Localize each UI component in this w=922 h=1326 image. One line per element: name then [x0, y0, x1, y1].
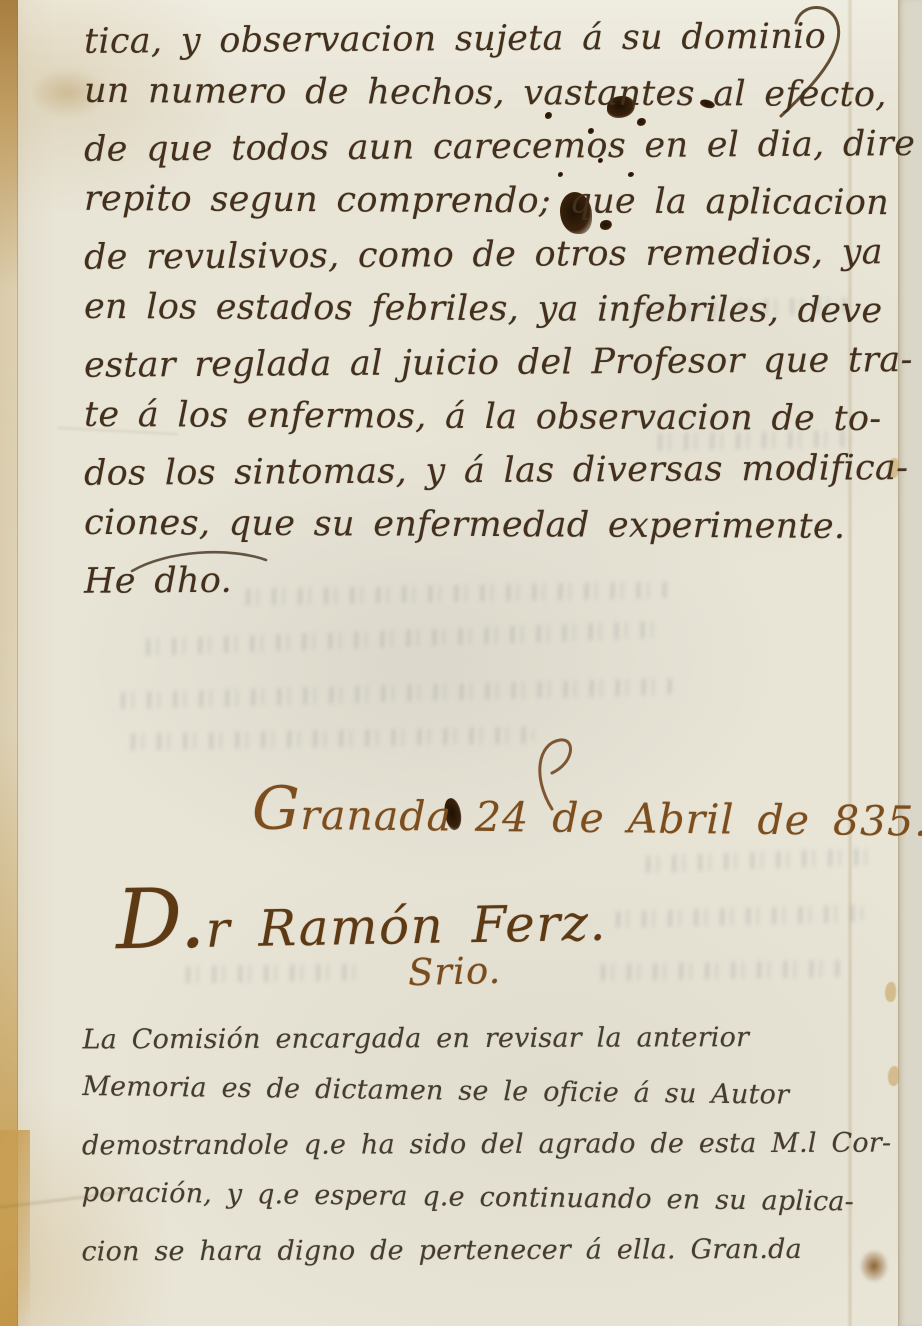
- binding-corner-bottom-left: [0, 1130, 30, 1326]
- bleedthrough-line: [140, 621, 660, 656]
- bleedthrough-line: [125, 726, 535, 750]
- body-line: un numero de hechos, vastantes al efecto…: [84, 64, 884, 122]
- note-line: La Comisión encargada en revisar la ante…: [82, 1011, 897, 1067]
- body-line: tica, y observacion sujeta á su dominio: [84, 9, 884, 69]
- bleedthrough-line: [610, 905, 865, 929]
- bleedthrough-line: [640, 848, 875, 873]
- bleedthrough-line: [115, 678, 675, 710]
- edge-tear: [885, 982, 896, 1002]
- closing-line: He dho.: [84, 549, 884, 609]
- signature: D.r Ramón Ferz.: [115, 864, 607, 969]
- body-text-block: tica, y observacion sujeta á su dominio …: [84, 12, 884, 606]
- commission-note-block: La Comisión encargada en revisar la ante…: [81, 1010, 897, 1279]
- page-right-edge: [898, 0, 922, 1326]
- note-line: demostrandole q.e ha sido del agrado de …: [82, 1117, 897, 1173]
- dateline: Granada 24 de Abril de 835.: [252, 774, 922, 850]
- body-line: repito segun comprendo; que la aplicacio…: [84, 172, 884, 230]
- manuscript-page: tica, y observacion sujeta á su dominio …: [0, 0, 922, 1326]
- note-line: cion se hara digno de pertenecer á ella.…: [81, 1223, 896, 1279]
- note-line: poración, y q.e espera q.e continuando e…: [81, 1166, 897, 1229]
- body-line: en los estados febriles, ya infebriles, …: [84, 280, 884, 338]
- signature-title: Srio.: [407, 949, 501, 994]
- body-line: dos los sintomas, y á las diversas modif…: [84, 441, 884, 501]
- body-line: de revulsivos, como de otros remedios, y…: [84, 225, 884, 285]
- note-line: Memoria es de dictamen se le oficie á su…: [82, 1060, 898, 1123]
- body-line: estar reglada al juicio del Profesor que…: [84, 333, 884, 393]
- body-line: de que todos aun carecemos en el dia, di…: [84, 117, 884, 177]
- bleedthrough-line: [595, 960, 845, 981]
- body-line: ciones, que su enfermedad experimente.: [84, 496, 884, 554]
- binding-edge: [0, 0, 18, 1326]
- body-line: te á los enfermos, á la observacion de t…: [84, 388, 884, 446]
